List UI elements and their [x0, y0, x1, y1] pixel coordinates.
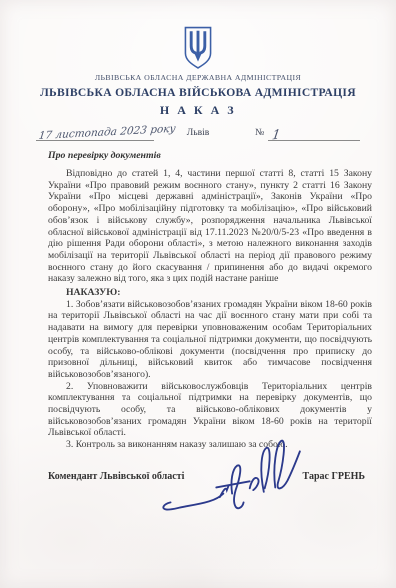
order-keyword: НАКАЗУЮ:	[48, 287, 372, 299]
document-subject: Про перевірку документів	[48, 150, 161, 161]
document-body: Відповідно до статей 1, 4, частини першо…	[48, 168, 372, 451]
preamble-paragraph: Відповідно до статей 1, 4, частини першо…	[48, 168, 372, 285]
handwritten-number: 1	[271, 127, 281, 143]
document-type-title: Н А К А З	[0, 103, 396, 118]
signer-name: Тарас ГРЕНЬ	[303, 471, 365, 482]
signature-scribble	[158, 432, 308, 520]
ukraine-trident-icon	[182, 26, 214, 70]
order-item-2: 2. Уповноважити військовослужбовців Тери…	[48, 381, 372, 440]
signature-ink-icon	[158, 432, 308, 520]
org-name-military-administration: ЛЬВІВСЬКА ОБЛАСНА ВІЙСЬКОВА АДМІНІСТРАЦІ…	[0, 86, 396, 99]
org-name-state-administration: ЛЬВІВСЬКА ОБЛАСНА ДЕРЖАВНА АДМІНІСТРАЦІЯ	[0, 73, 396, 82]
order-item-1: 1. Зобов’язати військовозобов’язаних гро…	[48, 299, 372, 381]
document-number-label: №	[255, 127, 264, 138]
scanned-order-document: ЛЬВІВСЬКА ОБЛАСНА ДЕРЖАВНА АДМІНІСТРАЦІЯ…	[0, 0, 396, 588]
number-underline: 1	[268, 122, 360, 141]
ukraine-trident-emblem	[182, 26, 214, 70]
